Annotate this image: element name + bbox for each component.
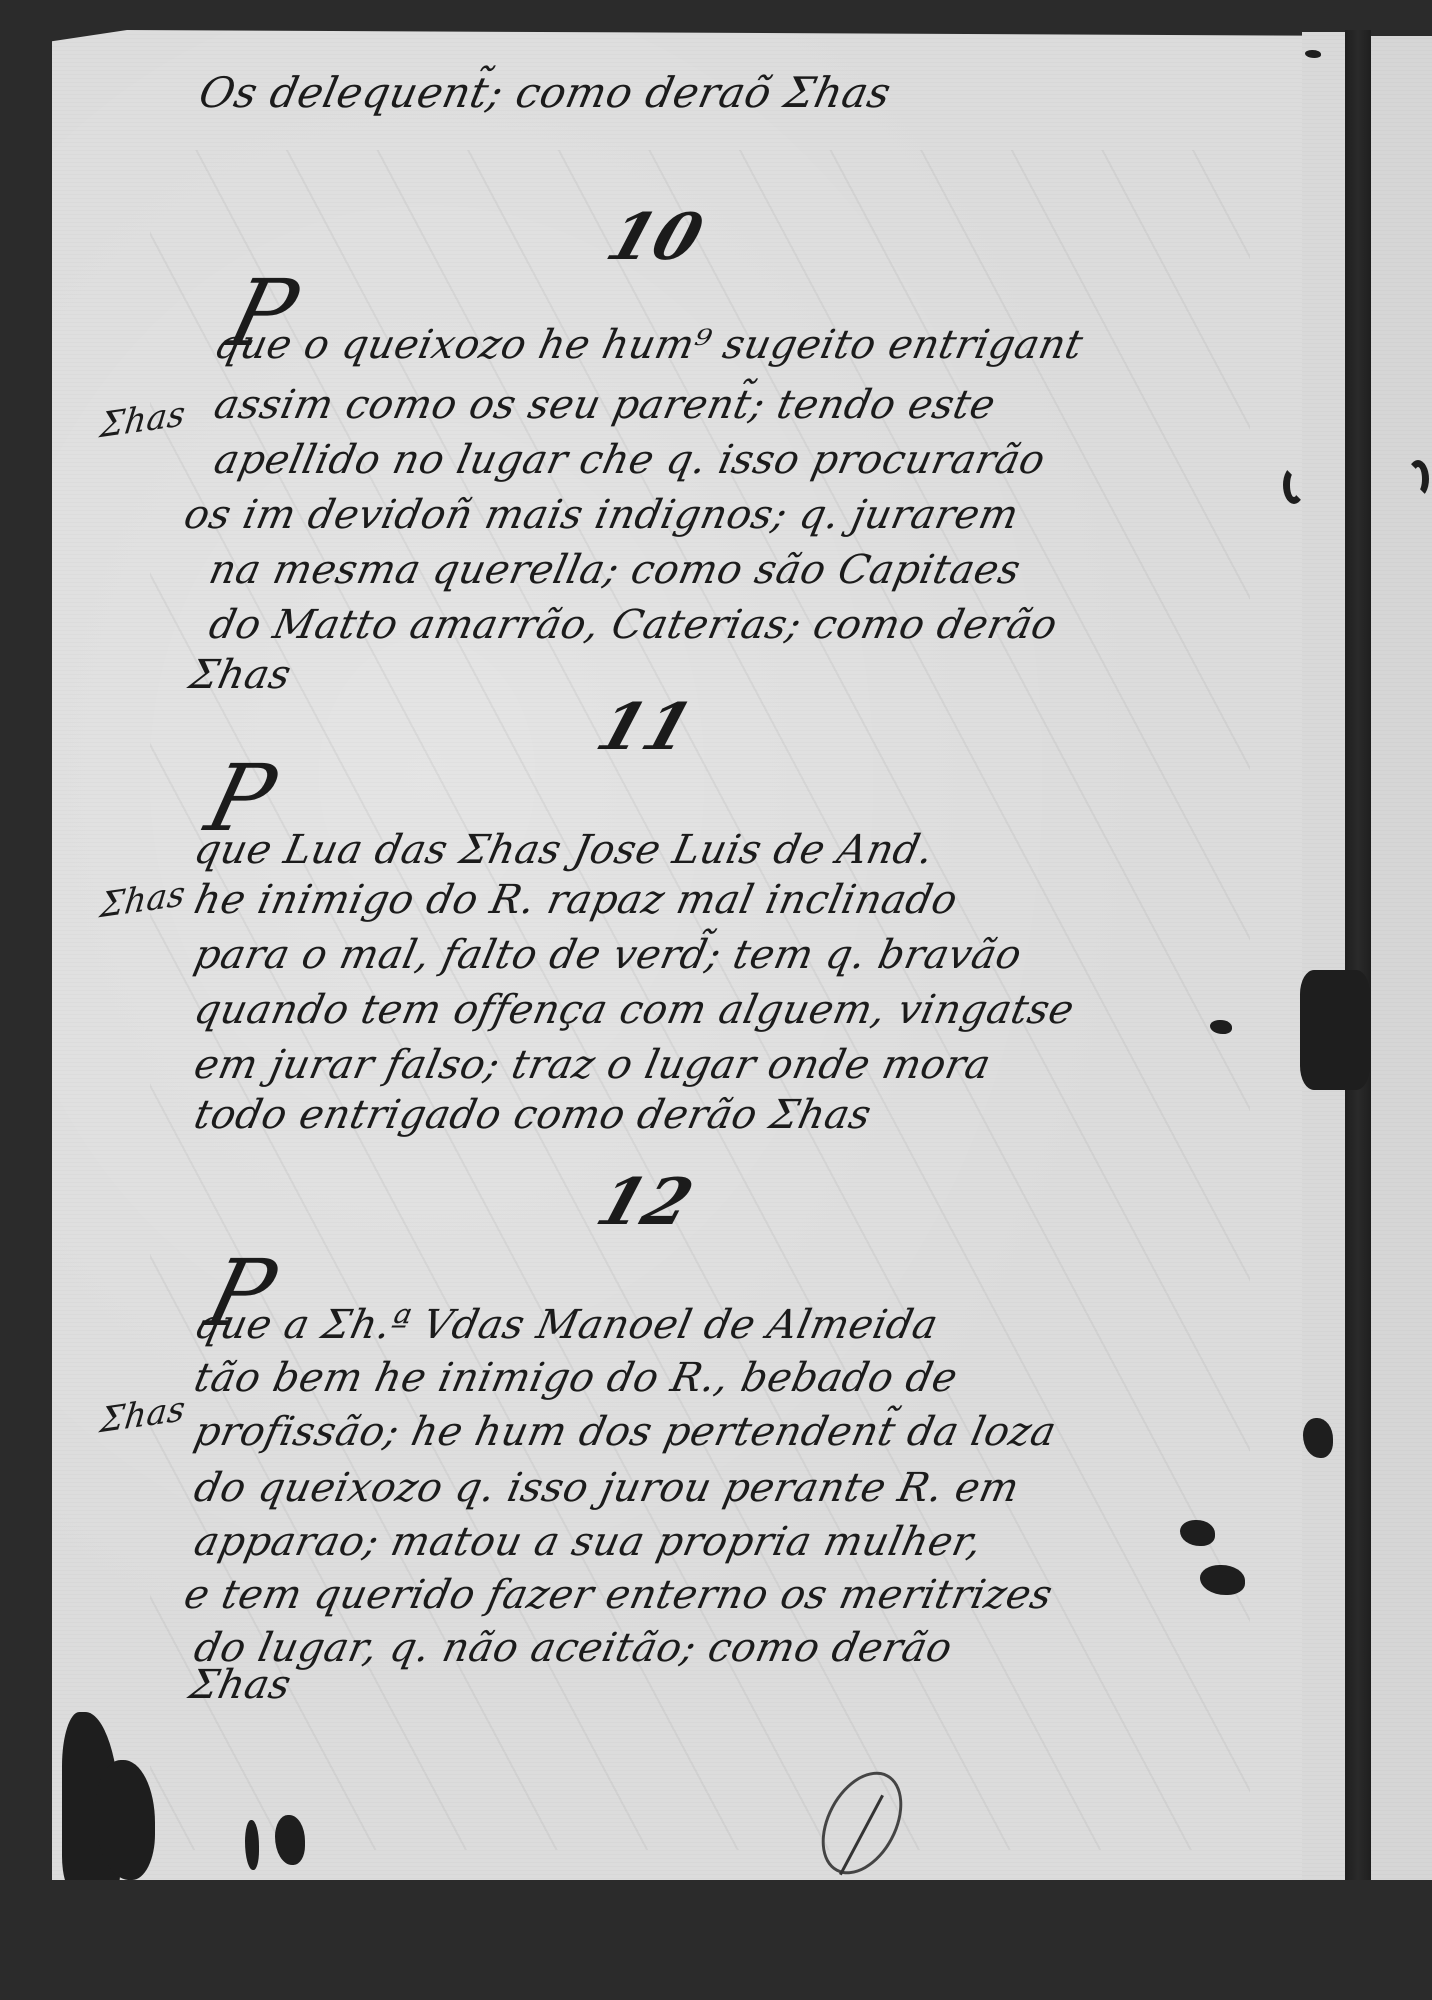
- adjacent-leaf: [1371, 36, 1432, 1891]
- gutter-damage-blot: [1300, 970, 1370, 1090]
- binding-gutter: [1345, 30, 1371, 1890]
- article-10-line-1: que o queixozo he hum⁹ sugeito entrigant: [211, 325, 1087, 365]
- article-12-line-3: profissão; he hum dos pertendent̃ da loz…: [191, 1412, 1060, 1452]
- article-12-line-2: tão bem he inimigo do R., bebado de: [191, 1358, 961, 1398]
- article-10-line-6: do Matto amarrão, Caterias; como derão: [206, 605, 1061, 645]
- article-11-line-3: para o mal, falto de verd̃; tem q. bravã…: [191, 935, 1025, 975]
- ink-damage-blot: [245, 1820, 259, 1870]
- page-right-margin-strip: [1302, 32, 1345, 1892]
- scan-bottom-edge: [0, 1880, 1432, 2000]
- article-12-line-1: que a Ʃh.ª Vdas Manoel de Almeida: [191, 1305, 942, 1345]
- article-12-line-6: e tem querido fazer enterno os meritrize…: [181, 1575, 1056, 1615]
- article-10-line-3: apellido no lugar che q. isso procurarão: [211, 440, 1049, 480]
- article-11-line-2: he inimigo do R. rapaz mal inclinado: [191, 880, 961, 920]
- article-12-line-4: do queixozo q. isso jurou perante R. em: [191, 1468, 1023, 1508]
- article-11-line-5: em jurar falso; traz o lugar onde mora: [191, 1045, 994, 1085]
- article-10-line-5: na mesma querella; como são Capitaes: [206, 550, 1024, 590]
- ink-blot: [1305, 50, 1321, 58]
- article-10-line-2: assim como os seu parent̃; tendo este: [211, 385, 999, 425]
- article-11-line-6: todo entrigado como derão Ʃhas: [191, 1095, 875, 1135]
- opening-line: Os delequent̃; como deraõ Ʃhas: [196, 72, 895, 114]
- article-12-line-7: do lugar, q. não aceitão; como derão: [191, 1628, 956, 1668]
- article-11-line-1: que Lua das Ʃhas Jose Luis de And.: [191, 830, 937, 870]
- article-10-line-7: Ʃhas: [186, 655, 295, 695]
- article-10-line-4: os im devidoñ mais indignos; q. jurarem: [181, 495, 1022, 535]
- article-12-line-5: apparao; matou a sua propria mulher,: [191, 1522, 986, 1562]
- article-11-line-4: quando tem offença com alguem, vingatse: [191, 990, 1078, 1030]
- ink-blot: [1210, 1020, 1232, 1034]
- bracket-mark-right: [1407, 460, 1429, 498]
- bracket-mark-left: [1283, 466, 1305, 504]
- article-12-line-8: Ʃhas: [186, 1665, 295, 1705]
